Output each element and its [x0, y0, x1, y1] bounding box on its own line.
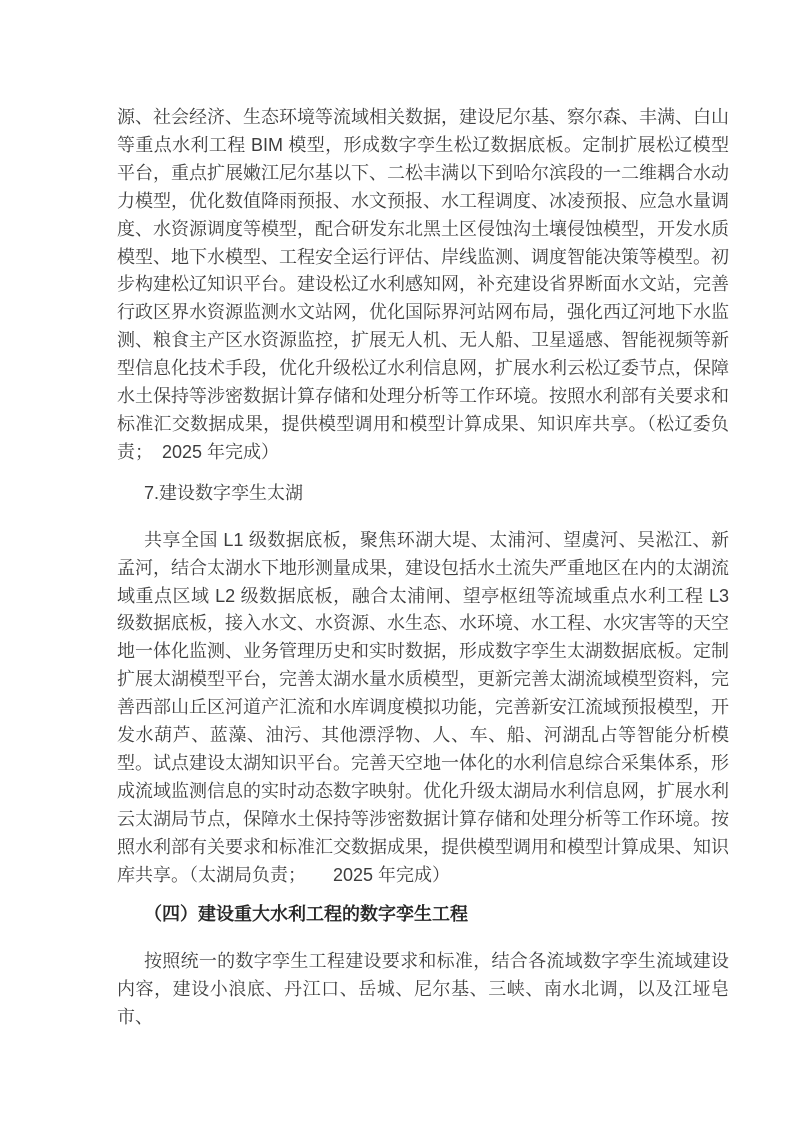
heading-item-7-digital-twin-taihu: 7.建设数字孪生太湖	[117, 480, 729, 508]
document-content: 源、社会经济、生态环境等流域相关数据，建设尼尔基、察尔森、丰满、白山等重点水利工…	[117, 0, 729, 1032]
heading-section-4-major-water-projects: （四）建设重大水利工程的数字孪生工程	[117, 901, 729, 929]
paragraph-major-projects: 按照统一的数字孪生工程建设要求和标准，结合各流域数字孪生流域建设内容，建设小浪底…	[117, 948, 729, 1032]
paragraph-taihu: 共享全国 L1 级数据底板，聚焦环湖大堤、太浦河、望虞河、吴淞江、新孟河，结合太…	[117, 527, 729, 890]
document-page: 源、社会经济、生态环境等流域相关数据，建设尼尔基、察尔森、丰满、白山等重点水利工…	[0, 0, 793, 1122]
paragraph-songliao-continued: 源、社会经济、生态环境等流域相关数据，建设尼尔基、察尔森、丰满、白山等重点水利工…	[117, 104, 729, 467]
